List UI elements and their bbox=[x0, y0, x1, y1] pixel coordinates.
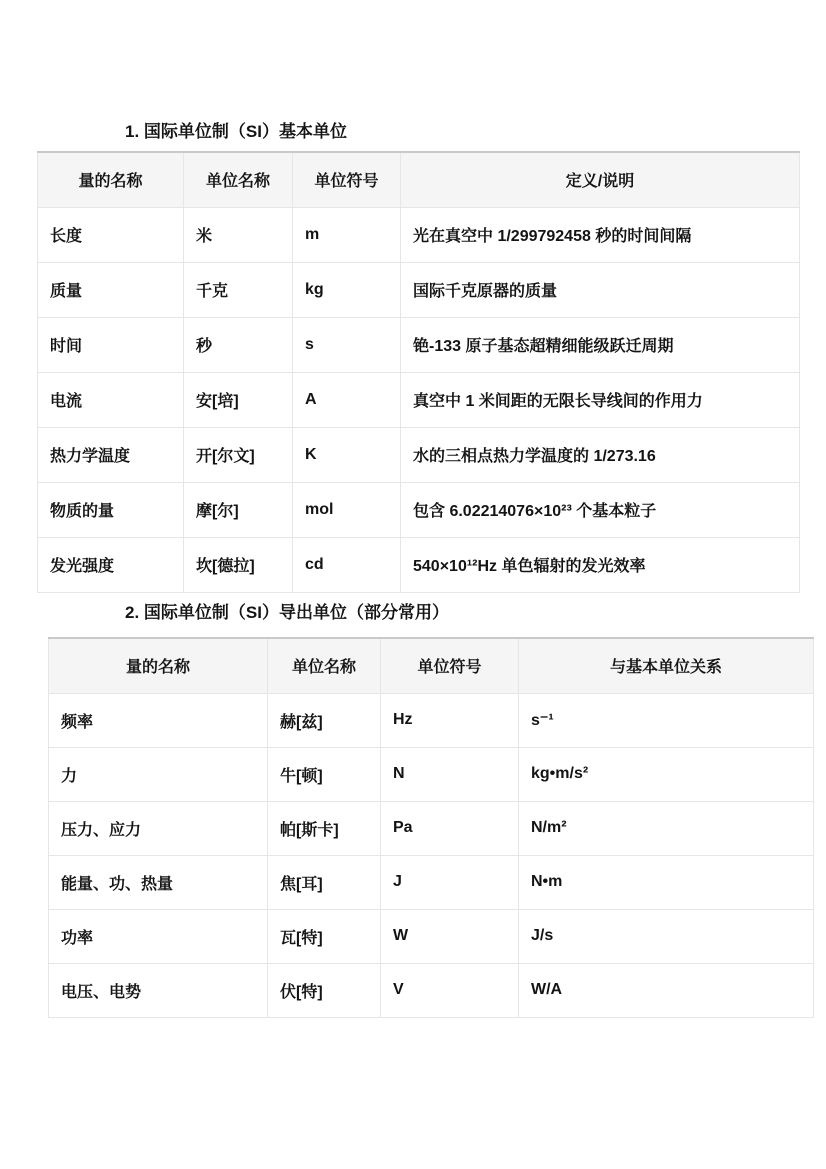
table-cell: Hz bbox=[381, 693, 519, 747]
table-cell: 赫[兹] bbox=[268, 693, 381, 747]
table-cell: 发光强度 bbox=[38, 537, 184, 592]
table-header-row: 量的名称单位名称单位符号定义/说明 bbox=[38, 152, 800, 207]
table-row: 质量千克kg国际千克原器的质量 bbox=[38, 262, 800, 317]
table-row: 热力学温度开[尔文]K水的三相点热力学温度的 1/273.16 bbox=[38, 427, 800, 482]
table-cell: 铯-133 原子基态超精细能级跃迁周期 bbox=[401, 317, 800, 372]
table-cell: 国际千克原器的质量 bbox=[401, 262, 800, 317]
header-cell: 定义/说明 bbox=[401, 152, 800, 207]
table-row: 发光强度坎[德拉]cd540×10¹²Hz 单色辐射的发光效率 bbox=[38, 537, 800, 592]
table-cell: N•m bbox=[519, 855, 814, 909]
table-cell: 米 bbox=[184, 207, 293, 262]
table-row: 电压、电势伏[特]VW/A bbox=[49, 963, 814, 1017]
table-cell: 水的三相点热力学温度的 1/273.16 bbox=[401, 427, 800, 482]
table-row: 长度米m光在真空中 1/299792458 秒的时间间隔 bbox=[38, 207, 800, 262]
table-cell: 真空中 1 米间距的无限长导线间的作用力 bbox=[401, 372, 800, 427]
table-cell: mol bbox=[293, 482, 401, 537]
header-cell: 单位名称 bbox=[268, 638, 381, 693]
table-row: 能量、功、热量焦[耳]JN•m bbox=[49, 855, 814, 909]
table-cell: 电压、电势 bbox=[49, 963, 268, 1017]
header-cell: 单位名称 bbox=[184, 152, 293, 207]
table-cell: kg bbox=[293, 262, 401, 317]
table-cell: 压力、应力 bbox=[49, 801, 268, 855]
header-cell: 单位符号 bbox=[381, 638, 519, 693]
table-cell: 摩[尔] bbox=[184, 482, 293, 537]
table-cell: kg•m/s² bbox=[519, 747, 814, 801]
table-cell: K bbox=[293, 427, 401, 482]
table-row: 功率瓦[特]WJ/s bbox=[49, 909, 814, 963]
table-cell: 帕[斯卡] bbox=[268, 801, 381, 855]
table-cell: 电流 bbox=[38, 372, 184, 427]
table-row: 力牛[顿]Nkg•m/s² bbox=[49, 747, 814, 801]
table-cell: 光在真空中 1/299792458 秒的时间间隔 bbox=[401, 207, 800, 262]
table-row: 时间秒s铯-133 原子基态超精细能级跃迁周期 bbox=[38, 317, 800, 372]
table-cell: 伏[特] bbox=[268, 963, 381, 1017]
table-cell: W bbox=[381, 909, 519, 963]
table-cell: J bbox=[381, 855, 519, 909]
table-cell: Pa bbox=[381, 801, 519, 855]
table-cell: N bbox=[381, 747, 519, 801]
table-cell: 瓦[特] bbox=[268, 909, 381, 963]
table-cell: 热力学温度 bbox=[38, 427, 184, 482]
table-cell: 频率 bbox=[49, 693, 268, 747]
table-cell: W/A bbox=[519, 963, 814, 1017]
table-cell: 能量、功、热量 bbox=[49, 855, 268, 909]
table-cell: 坎[德拉] bbox=[184, 537, 293, 592]
table-cell: m bbox=[293, 207, 401, 262]
table-cell: 千克 bbox=[184, 262, 293, 317]
table-header-row: 量的名称单位名称单位符号与基本单位关系 bbox=[49, 638, 814, 693]
table-cell: 力 bbox=[49, 747, 268, 801]
table-cell: 长度 bbox=[38, 207, 184, 262]
header-cell: 与基本单位关系 bbox=[519, 638, 814, 693]
table-cell: 质量 bbox=[38, 262, 184, 317]
table-cell: 牛[顿] bbox=[268, 747, 381, 801]
table-cell: 开[尔文] bbox=[184, 427, 293, 482]
table-cell: s bbox=[293, 317, 401, 372]
table-cell: J/s bbox=[519, 909, 814, 963]
table-cell: 包含 6.02214076×10²³ 个基本粒子 bbox=[401, 482, 800, 537]
table-cell: 焦[耳] bbox=[268, 855, 381, 909]
table-row: 电流安[培]A真空中 1 米间距的无限长导线间的作用力 bbox=[38, 372, 800, 427]
header-cell: 量的名称 bbox=[38, 152, 184, 207]
table-cell: 秒 bbox=[184, 317, 293, 372]
table-cell: A bbox=[293, 372, 401, 427]
table-cell: 物质的量 bbox=[38, 482, 184, 537]
table-cell: 540×10¹²Hz 单色辐射的发光效率 bbox=[401, 537, 800, 592]
table-row: 压力、应力帕[斯卡]PaN/m² bbox=[49, 801, 814, 855]
derived-units-title: 2. 国际单位制（SI）导出单位（部分常用） bbox=[125, 602, 449, 624]
table-cell: s⁻¹ bbox=[519, 693, 814, 747]
base-units-table: 量的名称单位名称单位符号定义/说明长度米m光在真空中 1/299792458 秒… bbox=[37, 151, 800, 593]
table-cell: 时间 bbox=[38, 317, 184, 372]
document-page: 1. 国际单位制（SI）基本单位 量的名称单位名称单位符号定义/说明长度米m光在… bbox=[0, 0, 826, 1169]
derived-units-table: 量的名称单位名称单位符号与基本单位关系频率赫[兹]Hzs⁻¹力牛[顿]Nkg•m… bbox=[48, 637, 814, 1018]
table-cell: 功率 bbox=[49, 909, 268, 963]
table-row: 物质的量摩[尔]mol包含 6.02214076×10²³ 个基本粒子 bbox=[38, 482, 800, 537]
header-cell: 单位符号 bbox=[293, 152, 401, 207]
header-cell: 量的名称 bbox=[49, 638, 268, 693]
table-cell: N/m² bbox=[519, 801, 814, 855]
table-cell: V bbox=[381, 963, 519, 1017]
table-row: 频率赫[兹]Hzs⁻¹ bbox=[49, 693, 814, 747]
base-units-title: 1. 国际单位制（SI）基本单位 bbox=[125, 121, 347, 143]
table-cell: 安[培] bbox=[184, 372, 293, 427]
table-cell: cd bbox=[293, 537, 401, 592]
